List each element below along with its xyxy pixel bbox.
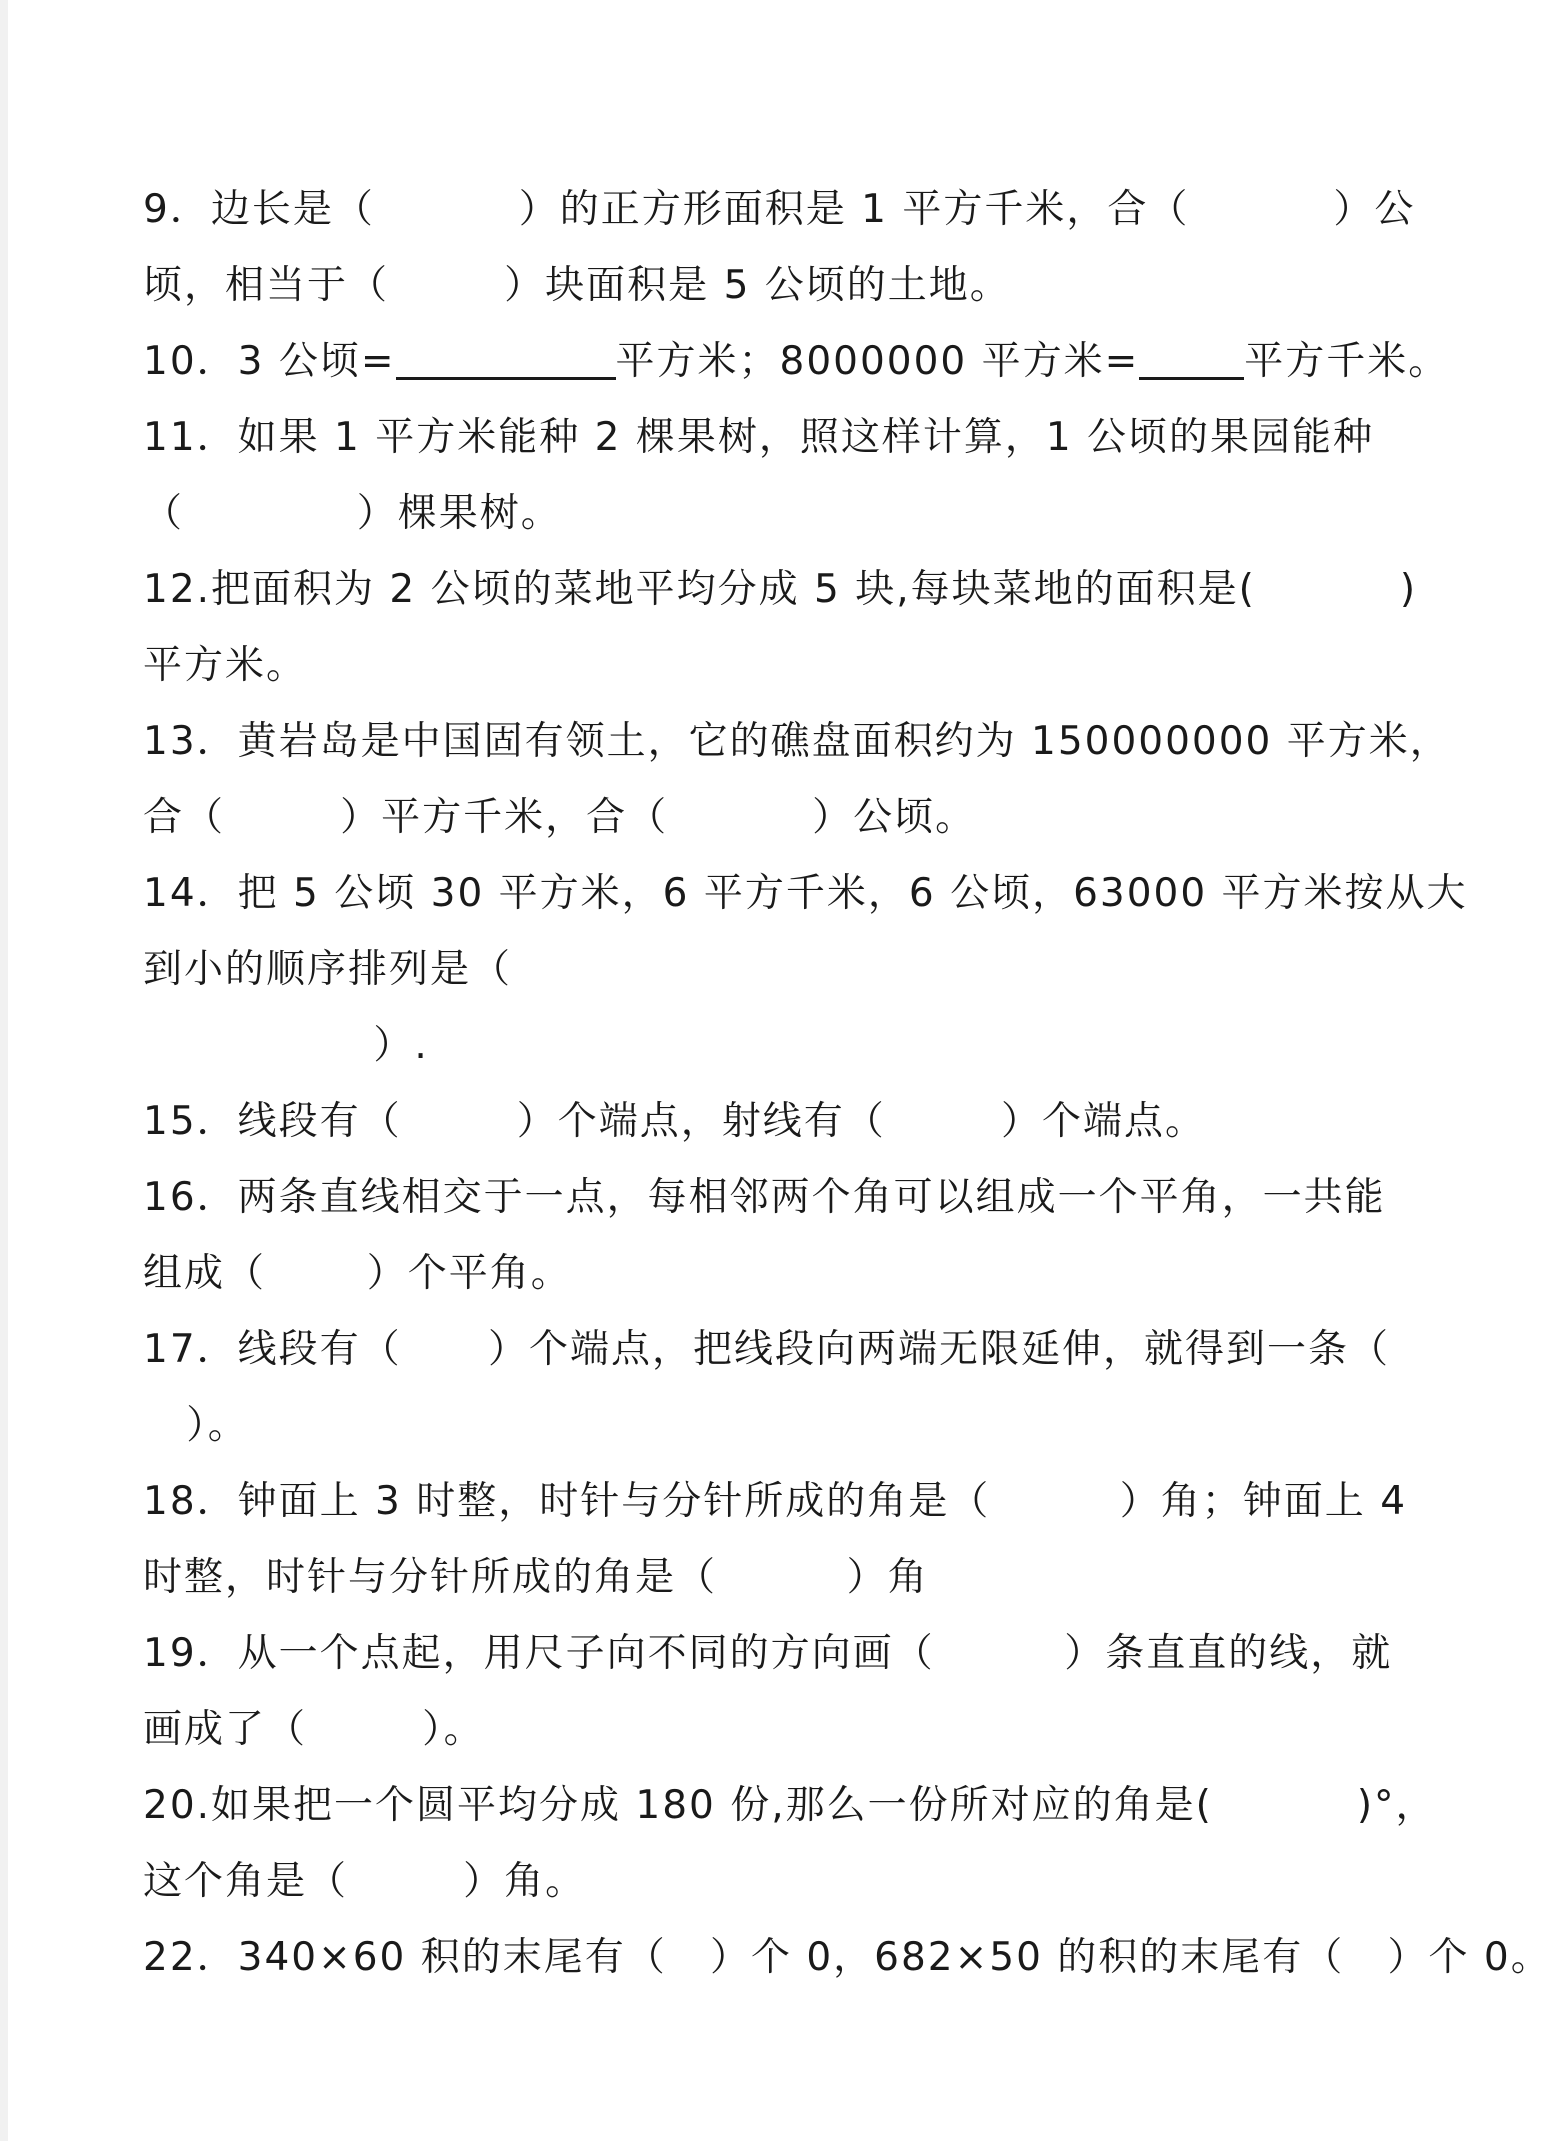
question-20-line-1: 20.如果把一个圆平均分成 180 份,那么一份所对应的角是( )°， [143, 1768, 1423, 1844]
question-10-text: 10．3 公顷= [143, 339, 396, 384]
question-12-line-1: 12.把面积为 2 公顷的菜地平均分成 5 块,每块菜地的面积是( ) [143, 552, 1423, 628]
question-17-line-2: ）。 [143, 1388, 1423, 1464]
question-17-line-1: 17．线段有（ ）个端点，把线段向两端无限延伸，就得到一条（ [143, 1312, 1423, 1388]
question-18-line-1: 18．钟面上 3 时整，时针与分针所成的角是（ ）角；钟面上 4 [143, 1464, 1423, 1540]
page-edge [0, 0, 8, 2141]
question-15: 15．线段有（ ）个端点，射线有（ ）个端点。 [143, 1084, 1423, 1160]
question-11-line-1: 11．如果 1 平方米能种 2 棵果树，照这样计算，1 公顷的果园能种 [143, 400, 1423, 476]
question-12-line-2: 平方米。 [143, 628, 1423, 704]
question-9-line-1: 9．边长是（ ）的正方形面积是 1 平方千米，合（ ）公 [143, 172, 1423, 248]
question-14-line-1: 14．把 5 公顷 30 平方米，6 平方千米，6 公顷，63000 平方米按从… [143, 856, 1423, 932]
question-14-line-3: ）. [143, 1008, 1423, 1084]
question-19-line-2: 画成了（ ）。 [143, 1692, 1423, 1768]
worksheet: 9．边长是（ ）的正方形面积是 1 平方千米，合（ ）公 顷，相当于（ ）块面积… [143, 172, 1423, 1996]
question-10-text-3: 平方千米。 [1244, 339, 1449, 384]
question-18-line-2: 时整，时针与分针所成的角是（ ）角 [143, 1540, 1423, 1616]
question-13-line-2: 合（ ）平方千米，合（ ）公顷。 [143, 780, 1423, 856]
answer-blank[interactable] [1139, 333, 1244, 380]
question-16-line-1: 16．两条直线相交于一点，每相邻两个角可以组成一个平角，一共能 [143, 1160, 1423, 1236]
question-10: 10．3 公顷=平方米；8000000 平方米=平方千米。 [143, 324, 1423, 400]
question-20-line-2: 这个角是（ ）角。 [143, 1844, 1423, 1920]
question-16-line-2: 组成（ ）个平角。 [143, 1236, 1423, 1312]
question-14-line-2: 到小的顺序排列是（ [143, 932, 1423, 1008]
question-9-line-2: 顷，相当于（ ）块面积是 5 公顷的土地。 [143, 248, 1423, 324]
question-19-line-1: 19．从一个点起，用尺子向不同的方向画（ ）条直直的线，就 [143, 1616, 1423, 1692]
question-10-text-2: 平方米；8000000 平方米= [616, 339, 1140, 384]
question-13-line-1: 13．黄岩岛是中国固有领土，它的礁盘面积约为 150000000 平方米， [143, 704, 1423, 780]
question-22: 22．340×60 积的末尾有（ ）个 0，682×50 的积的末尾有（ ）个 … [143, 1920, 1423, 1996]
question-11-line-2: （ ）棵果树。 [143, 476, 1423, 552]
answer-blank[interactable] [396, 333, 616, 380]
